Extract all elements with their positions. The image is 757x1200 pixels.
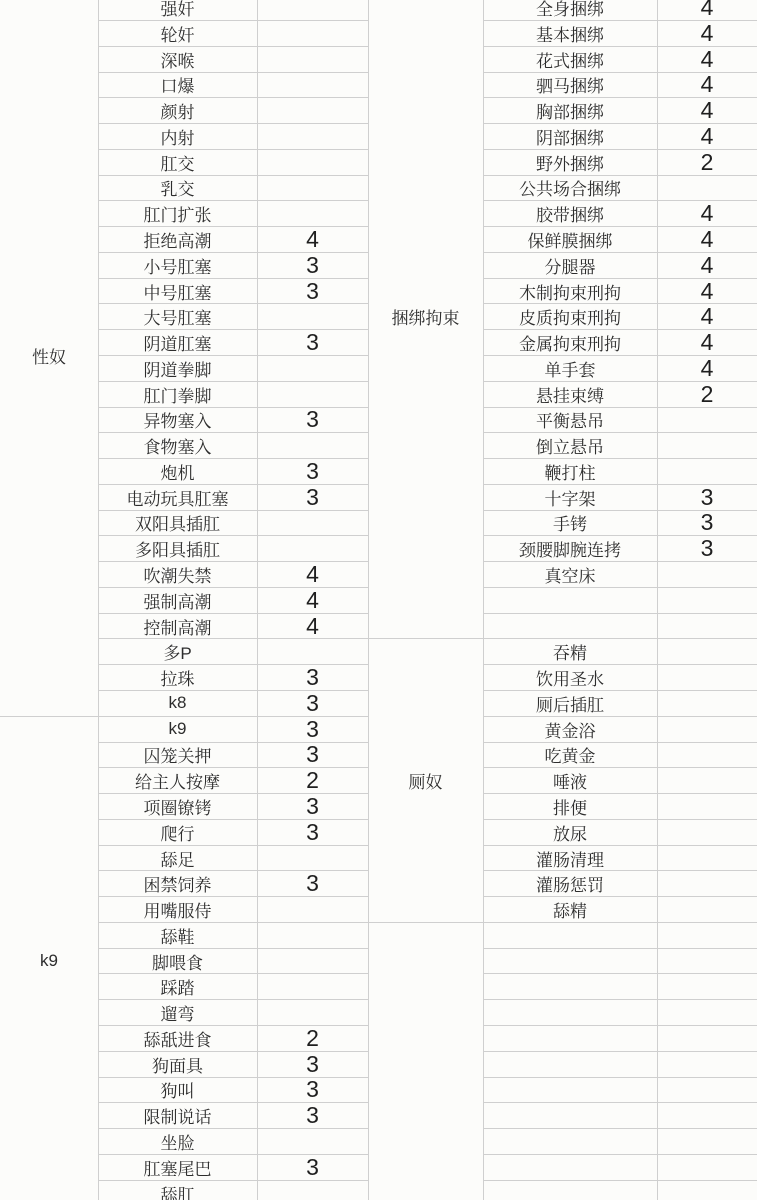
item-cell[interactable]: 肛交	[98, 150, 257, 175]
item-cell[interactable]	[483, 1181, 657, 1200]
item-cell[interactable]: 口爆	[98, 73, 257, 98]
score-cell[interactable]: 3	[257, 820, 368, 845]
table-row: 花式捆绑4	[483, 47, 757, 73]
table-row: 多阳具插肛	[98, 536, 368, 562]
table-row: 厕后插肛	[483, 691, 757, 717]
score-cell[interactable]: 4	[657, 304, 757, 329]
item-cell[interactable]: 排便	[483, 794, 657, 819]
item-cell[interactable]: 强奸	[98, 0, 257, 20]
table-row: 舔鞋	[98, 923, 368, 949]
table-row: 真空床	[483, 562, 757, 588]
score-cell[interactable]	[657, 459, 757, 484]
table-row: 基本捆绑4	[483, 21, 757, 47]
table-row: 项圈镣铐3	[98, 794, 368, 820]
item-cell[interactable]: 十字架	[483, 485, 657, 510]
item-cell[interactable]: 分腿器	[483, 253, 657, 278]
score-cell[interactable]	[657, 1129, 757, 1154]
item-cell[interactable]: 大号肛塞	[98, 304, 257, 329]
table-row: 颈腰脚腕连拷3	[483, 536, 757, 562]
table-row: 乳交	[98, 176, 368, 202]
score-cell[interactable]	[657, 1155, 757, 1180]
category-cell[interactable]: 厕奴	[368, 639, 483, 922]
score-cell[interactable]	[257, 150, 368, 175]
table-row: 灌肠清理	[483, 846, 757, 872]
score-cell[interactable]	[657, 665, 757, 690]
item-cell[interactable]: 遛弯	[98, 1000, 257, 1025]
item-cell[interactable]	[483, 588, 657, 613]
table-row: 灌肠惩罚	[483, 871, 757, 897]
table-row: 舔肛	[98, 1181, 368, 1200]
score-cell[interactable]	[257, 949, 368, 974]
item-cell[interactable]: 全身捆绑	[483, 0, 657, 20]
table-row: 驷马捆绑4	[483, 73, 757, 99]
item-cell[interactable]: 乳交	[98, 176, 257, 201]
item-cell[interactable]	[483, 1155, 657, 1180]
score-cell[interactable]	[257, 124, 368, 149]
table-row: 分腿器4	[483, 253, 757, 279]
table-row	[483, 614, 757, 640]
item-cell[interactable]: 舔肛	[98, 1181, 257, 1200]
table-row: 强制高潮4	[98, 588, 368, 614]
table-row	[483, 1052, 757, 1078]
item-cell[interactable]: 坐脸	[98, 1129, 257, 1154]
score-cell[interactable]: 4	[657, 124, 757, 149]
item-cell[interactable]: 手铐	[483, 511, 657, 536]
score-cell[interactable]	[257, 897, 368, 922]
item-cell[interactable]: 金属拘束刑拘	[483, 330, 657, 355]
score-cell[interactable]	[657, 949, 757, 974]
score-cell[interactable]	[257, 0, 368, 20]
table-row: k93	[98, 717, 368, 743]
table-row: 口爆	[98, 73, 368, 99]
score-cell[interactable]	[257, 73, 368, 98]
score-cell[interactable]: 3	[657, 485, 757, 510]
table-row: 遛弯	[98, 1000, 368, 1026]
item-cell[interactable]: 多阳具插肛	[98, 536, 257, 561]
score-cell[interactable]	[257, 98, 368, 123]
score-cell[interactable]: 4	[657, 21, 757, 46]
item-cell[interactable]: 胶带捆绑	[483, 201, 657, 226]
item-cell[interactable]: 阴道肛塞	[98, 330, 257, 355]
score-cell[interactable]	[657, 562, 757, 587]
item-cell[interactable]: 囚笼关押	[98, 743, 257, 768]
table-row: 强奸	[98, 0, 368, 21]
score-cell[interactable]	[257, 21, 368, 46]
table-row: 保鲜膜捆绑4	[483, 227, 757, 253]
score-cell[interactable]	[657, 846, 757, 871]
score-cell[interactable]: 3	[257, 743, 368, 768]
item-cell[interactable]: 爬行	[98, 820, 257, 845]
item-cell[interactable]	[483, 1052, 657, 1077]
item-cell[interactable]: 用嘴服侍	[98, 897, 257, 922]
score-cell[interactable]	[657, 433, 757, 458]
score-cell[interactable]	[257, 511, 368, 536]
table-row: 控制高潮4	[98, 614, 368, 640]
item-cell[interactable]: 小号肛塞	[98, 253, 257, 278]
score-cell[interactable]: 3	[257, 408, 368, 433]
item-cell[interactable]: 厕后插肛	[483, 691, 657, 716]
item-cell[interactable]: 肛门扩张	[98, 201, 257, 226]
table-row: 颜射	[98, 98, 368, 124]
category-cell[interactable]	[368, 923, 483, 1200]
score-cell[interactable]	[257, 356, 368, 381]
table-row: 平衡悬吊	[483, 408, 757, 434]
score-cell[interactable]: 2	[257, 1026, 368, 1051]
score-cell[interactable]: 4	[657, 279, 757, 304]
score-cell[interactable]	[657, 820, 757, 845]
table-row	[483, 1155, 757, 1181]
table-row	[483, 974, 757, 1000]
item-cell[interactable]: 深喉	[98, 47, 257, 72]
score-cell[interactable]: 4	[657, 356, 757, 381]
table-row: 舔足	[98, 846, 368, 872]
score-cell[interactable]: 4	[657, 227, 757, 252]
table-row: 黄金浴	[483, 717, 757, 743]
score-cell[interactable]	[657, 614, 757, 639]
spreadsheet-grid: 性奴强奸轮奸深喉口爆颜射内射肛交乳交肛门扩张拒绝高潮4小号肛塞3中号肛塞3大号肛…	[0, 0, 757, 1200]
table-row	[483, 949, 757, 975]
table-row: 狗面具3	[98, 1052, 368, 1078]
item-cell[interactable]: 悬挂束缚	[483, 382, 657, 407]
table-row: 炮机3	[98, 459, 368, 485]
score-cell[interactable]: 4	[657, 73, 757, 98]
table-row	[483, 1181, 757, 1200]
table-row: 排便	[483, 794, 757, 820]
table-row	[483, 1000, 757, 1026]
table-row: 肛塞尾巴3	[98, 1155, 368, 1181]
item-cell[interactable]	[483, 1026, 657, 1051]
item-cell[interactable]: 舔足	[98, 846, 257, 871]
score-cell[interactable]: 2	[257, 768, 368, 793]
table-row: 肛门拳脚	[98, 382, 368, 408]
score-cell[interactable]	[257, 1129, 368, 1154]
score-cell[interactable]: 4	[657, 330, 757, 355]
score-cell[interactable]	[657, 974, 757, 999]
score-cell[interactable]: 3	[257, 1155, 368, 1180]
score-cell[interactable]: 3	[257, 1078, 368, 1103]
score-cell[interactable]	[657, 717, 757, 742]
item-cell[interactable]	[483, 974, 657, 999]
item-cell[interactable]: 木制拘束刑拘	[483, 279, 657, 304]
item-cell[interactable]: 保鲜膜捆绑	[483, 227, 657, 252]
item-cell[interactable]: 饮用圣水	[483, 665, 657, 690]
item-cell[interactable]: 真空床	[483, 562, 657, 587]
table-row: 阴道拳脚	[98, 356, 368, 382]
item-cell[interactable]: 野外捆绑	[483, 150, 657, 175]
item-cell[interactable]: 拉珠	[98, 665, 257, 690]
score-cell[interactable]	[257, 1000, 368, 1025]
table-row: 内射	[98, 124, 368, 150]
table-row: 木制拘束刑拘4	[483, 279, 757, 305]
table-row: 单手套4	[483, 356, 757, 382]
category-cell[interactable]: 捆绑拘束	[368, 0, 483, 639]
table-row: 狗叫3	[98, 1078, 368, 1104]
score-cell[interactable]: 3	[257, 717, 368, 742]
table-row: 脚喂食	[98, 949, 368, 975]
score-cell[interactable]	[657, 1000, 757, 1025]
item-cell[interactable]: 踩踏	[98, 974, 257, 999]
table-row	[483, 1078, 757, 1104]
score-cell[interactable]	[257, 846, 368, 871]
table-row: 小号肛塞3	[98, 253, 368, 279]
score-cell[interactable]	[657, 1181, 757, 1200]
table-row: 饮用圣水	[483, 665, 757, 691]
item-cell[interactable]: 倒立悬吊	[483, 433, 657, 458]
table-row: 胸部捆绑4	[483, 98, 757, 124]
item-cell[interactable]: k9	[98, 717, 257, 742]
item-cell[interactable]: 颜射	[98, 98, 257, 123]
item-cell[interactable]: 舔舐进食	[98, 1026, 257, 1051]
item-cell[interactable]	[483, 949, 657, 974]
item-cell[interactable]	[483, 1103, 657, 1128]
table-row: 吃黄金	[483, 743, 757, 769]
score-cell[interactable]	[657, 897, 757, 922]
score-cell[interactable]	[657, 588, 757, 613]
item-cell[interactable]: 阴部捆绑	[483, 124, 657, 149]
item-cell[interactable]: 鞭打柱	[483, 459, 657, 484]
item-cell[interactable]: 电动玩具肛塞	[98, 485, 257, 510]
score-cell[interactable]: 3	[257, 330, 368, 355]
table-row: 阴部捆绑4	[483, 124, 757, 150]
score-cell[interactable]	[257, 923, 368, 948]
item-cell[interactable]: 阴道拳脚	[98, 356, 257, 381]
score-cell[interactable]	[257, 639, 368, 664]
item-cell[interactable]	[483, 614, 657, 639]
item-cell[interactable]: 吞精	[483, 639, 657, 664]
score-cell[interactable]	[257, 974, 368, 999]
score-cell[interactable]: 3	[257, 1052, 368, 1077]
table-row: 异物塞入3	[98, 408, 368, 434]
item-cell[interactable]: 胸部捆绑	[483, 98, 657, 123]
table-row: 坐脸	[98, 1129, 368, 1155]
table-row: 电动玩具肛塞3	[98, 485, 368, 511]
score-cell[interactable]: 3	[257, 871, 368, 896]
score-cell[interactable]	[657, 768, 757, 793]
score-cell[interactable]	[257, 1181, 368, 1200]
score-cell[interactable]: 3	[257, 279, 368, 304]
table-row: 皮质拘束刑拘4	[483, 304, 757, 330]
score-cell[interactable]	[657, 176, 757, 201]
category-cell[interactable]: 性奴	[0, 0, 98, 717]
item-cell[interactable]: 花式捆绑	[483, 47, 657, 72]
table-row: 放尿	[483, 820, 757, 846]
score-cell[interactable]	[657, 408, 757, 433]
table-row: k83	[98, 691, 368, 717]
score-cell[interactable]: 3	[257, 691, 368, 716]
score-cell[interactable]	[657, 1052, 757, 1077]
table-row	[483, 1103, 757, 1129]
score-cell[interactable]: 2	[657, 150, 757, 175]
item-cell[interactable]: k8	[98, 691, 257, 716]
item-cell[interactable]: 狗叫	[98, 1078, 257, 1103]
item-cell[interactable]: 黄金浴	[483, 717, 657, 742]
score-cell[interactable]	[657, 871, 757, 896]
item-cell[interactable]: 公共场合捆绑	[483, 176, 657, 201]
score-cell[interactable]: 4	[657, 201, 757, 226]
table-row: 爬行3	[98, 820, 368, 846]
table-row: 困禁饲养3	[98, 871, 368, 897]
item-cell[interactable]: 困禁饲养	[98, 871, 257, 896]
table-row: 拒绝高潮4	[98, 227, 368, 253]
item-cell[interactable]: 单手套	[483, 356, 657, 381]
score-cell[interactable]	[657, 794, 757, 819]
item-cell[interactable]: 舔精	[483, 897, 657, 922]
score-cell[interactable]	[257, 382, 368, 407]
item-cell[interactable]: 双阳具插肛	[98, 511, 257, 536]
item-cell[interactable]: 食物塞入	[98, 433, 257, 458]
table-row: 肛门扩张	[98, 201, 368, 227]
table-row: 野外捆绑2	[483, 150, 757, 176]
score-cell[interactable]: 4	[257, 227, 368, 252]
item-cell[interactable]: 肛塞尾巴	[98, 1155, 257, 1180]
table-row: 踩踏	[98, 974, 368, 1000]
table-row: 中号肛塞3	[98, 279, 368, 305]
table-row: 倒立悬吊	[483, 433, 757, 459]
score-cell[interactable]: 3	[257, 794, 368, 819]
item-cell[interactable]: 基本捆绑	[483, 21, 657, 46]
score-cell[interactable]: 4	[657, 253, 757, 278]
item-cell[interactable]	[483, 1000, 657, 1025]
item-cell[interactable]: 放尿	[483, 820, 657, 845]
table-row: 舔舐进食2	[98, 1026, 368, 1052]
table-row: 轮奸	[98, 21, 368, 47]
item-cell[interactable]	[483, 923, 657, 948]
score-cell[interactable]	[257, 176, 368, 201]
table-row: 给主人按摩2	[98, 768, 368, 794]
score-cell[interactable]	[657, 1103, 757, 1128]
score-cell[interactable]: 3	[257, 485, 368, 510]
score-cell[interactable]: 4	[257, 614, 368, 639]
item-cell[interactable]	[483, 1129, 657, 1154]
table-row: 双阳具插肛	[98, 511, 368, 537]
table-row: 肛交	[98, 150, 368, 176]
item-cell[interactable]	[483, 1078, 657, 1103]
item-cell[interactable]: 给主人按摩	[98, 768, 257, 793]
score-cell[interactable]: 3	[257, 1103, 368, 1128]
score-cell[interactable]: 3	[257, 665, 368, 690]
score-cell[interactable]	[657, 691, 757, 716]
table-row	[483, 588, 757, 614]
score-cell[interactable]: 4	[657, 0, 757, 20]
score-cell[interactable]	[657, 743, 757, 768]
table-row: 唾液	[483, 768, 757, 794]
item-cell[interactable]: 项圈镣铐	[98, 794, 257, 819]
item-cell[interactable]: 中号肛塞	[98, 279, 257, 304]
score-cell[interactable]	[657, 1078, 757, 1103]
table-row: 大号肛塞	[98, 304, 368, 330]
item-cell[interactable]: 控制高潮	[98, 614, 257, 639]
score-cell[interactable]	[257, 433, 368, 458]
score-cell[interactable]: 4	[657, 47, 757, 72]
score-cell[interactable]	[657, 923, 757, 948]
score-cell[interactable]: 3	[257, 253, 368, 278]
table-row: 吞精	[483, 639, 757, 665]
score-cell[interactable]: 3	[257, 459, 368, 484]
table-row: 阴道肛塞3	[98, 330, 368, 356]
table-row: 金属拘束刑拘4	[483, 330, 757, 356]
score-cell[interactable]: 4	[657, 98, 757, 123]
item-cell[interactable]: 拒绝高潮	[98, 227, 257, 252]
table-row: 吹潮失禁4	[98, 562, 368, 588]
table-row: 公共场合捆绑	[483, 176, 757, 202]
table-row: 全身捆绑4	[483, 0, 757, 21]
item-cell[interactable]: 内射	[98, 124, 257, 149]
item-cell[interactable]: 异物塞入	[98, 408, 257, 433]
table-row: 十字架3	[483, 485, 757, 511]
table-row	[483, 1129, 757, 1155]
item-cell[interactable]: 多P	[98, 639, 257, 664]
table-row: 用嘴服侍	[98, 897, 368, 923]
item-cell[interactable]: 轮奸	[98, 21, 257, 46]
table-row: 手铐3	[483, 511, 757, 537]
item-cell[interactable]: 唾液	[483, 768, 657, 793]
item-cell[interactable]: 舔鞋	[98, 923, 257, 948]
table-row: 悬挂束缚2	[483, 382, 757, 408]
table-row: 限制说话3	[98, 1103, 368, 1129]
item-cell[interactable]: 颈腰脚腕连拷	[483, 536, 657, 561]
table-row: 囚笼关押3	[98, 743, 368, 769]
item-cell[interactable]: 灌肠惩罚	[483, 871, 657, 896]
item-cell[interactable]: 驷马捆绑	[483, 73, 657, 98]
score-cell[interactable]: 2	[657, 382, 757, 407]
table-row: 胶带捆绑4	[483, 201, 757, 227]
table-row: 深喉	[98, 47, 368, 73]
score-cell[interactable]: 3	[657, 511, 757, 536]
score-cell[interactable]	[257, 201, 368, 226]
item-cell[interactable]: 狗面具	[98, 1052, 257, 1077]
score-cell[interactable]	[257, 304, 368, 329]
score-cell[interactable]: 4	[257, 588, 368, 613]
category-cell[interactable]: k9	[0, 717, 98, 1200]
table-row: 拉珠3	[98, 665, 368, 691]
item-cell[interactable]: 吹潮失禁	[98, 562, 257, 587]
item-cell[interactable]: 平衡悬吊	[483, 408, 657, 433]
table-row: 舔精	[483, 897, 757, 923]
item-cell[interactable]: 肛门拳脚	[98, 382, 257, 407]
score-cell[interactable]	[657, 639, 757, 664]
table-row: 鞭打柱	[483, 459, 757, 485]
table-row	[483, 923, 757, 949]
item-cell[interactable]: 脚喂食	[98, 949, 257, 974]
score-cell[interactable]	[257, 47, 368, 72]
item-cell[interactable]: 皮质拘束刑拘	[483, 304, 657, 329]
item-cell[interactable]: 强制高潮	[98, 588, 257, 613]
score-cell[interactable]	[657, 1026, 757, 1051]
score-cell[interactable]	[257, 536, 368, 561]
item-cell[interactable]: 炮机	[98, 459, 257, 484]
score-cell[interactable]: 3	[657, 536, 757, 561]
item-cell[interactable]: 限制说话	[98, 1103, 257, 1128]
item-cell[interactable]: 灌肠清理	[483, 846, 657, 871]
table-row: 多P	[98, 639, 368, 665]
table-row	[483, 1026, 757, 1052]
item-cell[interactable]: 吃黄金	[483, 743, 657, 768]
score-cell[interactable]: 4	[257, 562, 368, 587]
table-row: 食物塞入	[98, 433, 368, 459]
